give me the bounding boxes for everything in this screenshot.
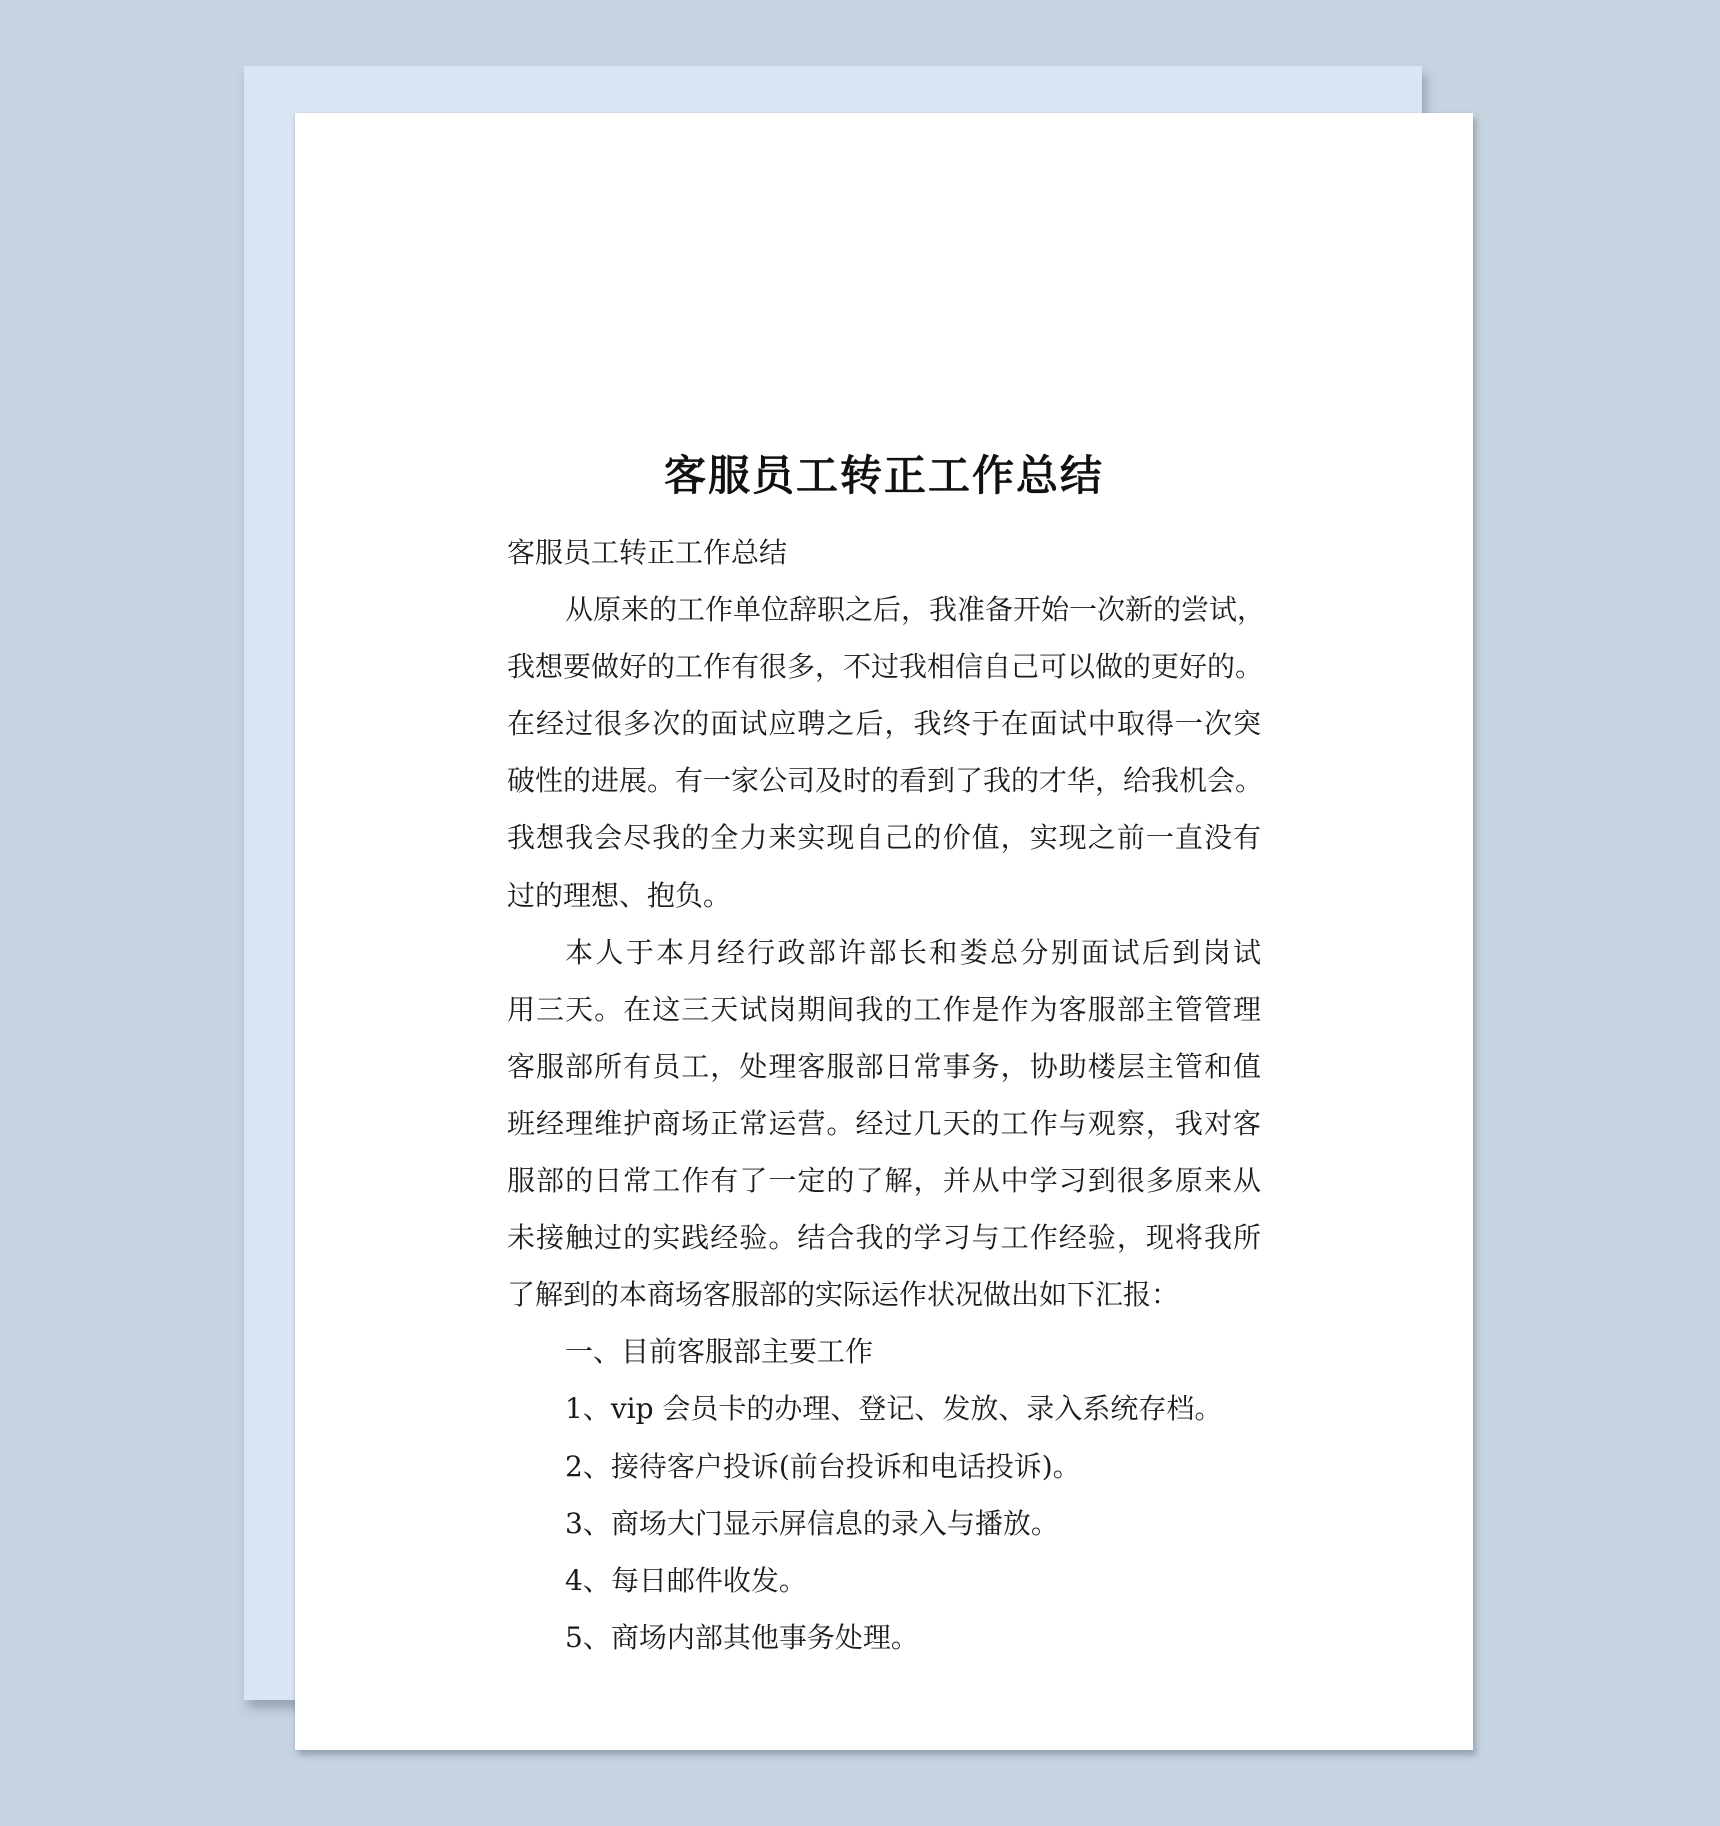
list-item: 4、每日邮件收发。 <box>507 1552 1261 1609</box>
document-subtitle: 客服员工转正工作总结 <box>507 524 1261 581</box>
text-line: 服部的日常工作有了一定的了解，并从中学习到很多原来从 <box>507 1152 1261 1209</box>
text-line: 从原来的工作单位辞职之后，我准备开始一次新的尝试， <box>507 581 1261 638</box>
text-line: 了解到的本商场客服部的实际运作状况做出如下汇报： <box>507 1266 1261 1323</box>
text-line: 班经理维护商场正常运营。经过几天的工作与观察，我对客 <box>507 1095 1261 1152</box>
text-line: 未接触过的实践经验。结合我的学习与工作经验，现将我所 <box>507 1209 1261 1266</box>
text-line: 本人于本月经行政部许部长和娄总分别面试后到岗试 <box>507 924 1261 981</box>
list-item: 2、接待客户投诉(前台投诉和电话投诉)。 <box>507 1438 1261 1495</box>
text-line: 我想要做好的工作有很多，不过我相信自己可以做的更好的。 <box>507 638 1261 695</box>
text-line: 客服部所有员工，处理客服部日常事务，协助楼层主管和值 <box>507 1038 1261 1095</box>
text-line: 破性的进展。有一家公司及时的看到了我的才华，给我机会。 <box>507 752 1261 809</box>
text-line: 用三天。在这三天试岗期间我的工作是作为客服部主管管理 <box>507 981 1261 1038</box>
list-item: 5、商场内部其他事务处理。 <box>507 1609 1261 1666</box>
document-page: 客服员工转正工作总结 客服员工转正工作总结 从原来的工作单位辞职之后，我准备开始… <box>295 113 1473 1750</box>
paragraph-1: 从原来的工作单位辞职之后，我准备开始一次新的尝试， 我想要做好的工作有很多，不过… <box>507 581 1261 924</box>
section-heading: 一、目前客服部主要工作 <box>507 1323 1261 1380</box>
paragraph-2: 本人于本月经行政部许部长和娄总分别面试后到岗试 用三天。在这三天试岗期间我的工作… <box>507 924 1261 1324</box>
document-title: 客服员工转正工作总结 <box>295 448 1473 504</box>
work-list: 1、vip 会员卡的办理、登记、发放、录入系统存档。 2、接待客户投诉(前台投诉… <box>507 1380 1261 1665</box>
list-item: 1、vip 会员卡的办理、登记、发放、录入系统存档。 <box>507 1380 1261 1437</box>
text-line: 过的理想、抱负。 <box>507 867 1261 924</box>
list-item: 3、商场大门显示屏信息的录入与播放。 <box>507 1495 1261 1552</box>
document-body: 客服员工转正工作总结 从原来的工作单位辞职之后，我准备开始一次新的尝试， 我想要… <box>507 524 1261 1666</box>
text-line: 我想我会尽我的全力来实现自己的价值，实现之前一直没有 <box>507 809 1261 866</box>
text-line: 在经过很多次的面试应聘之后，我终于在面试中取得一次突 <box>507 695 1261 752</box>
